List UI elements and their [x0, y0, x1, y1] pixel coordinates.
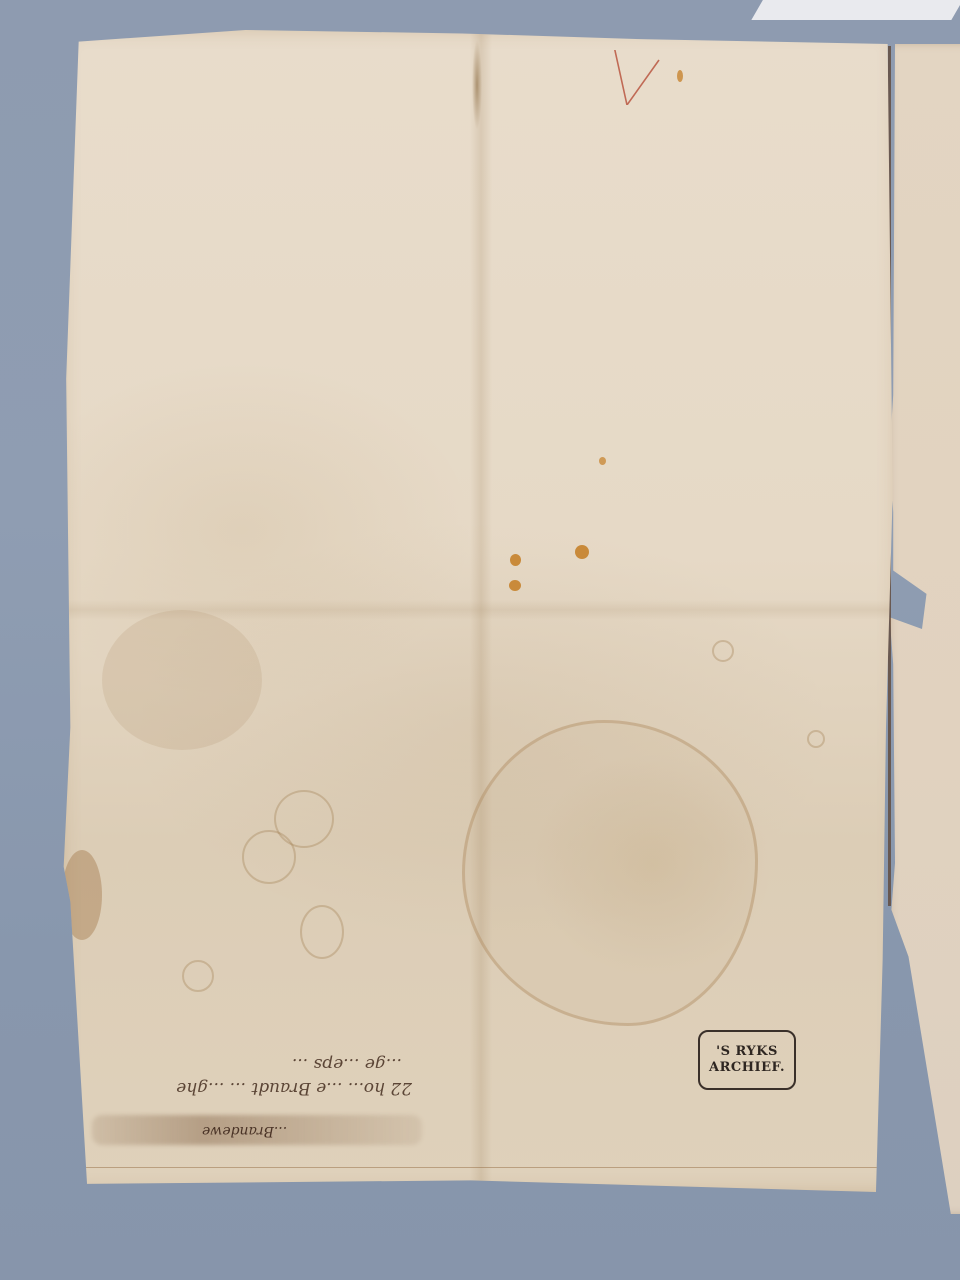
ink-drop	[677, 70, 683, 82]
stamp-line-1: 'S RYKS	[716, 1044, 778, 1060]
ink-drop	[509, 580, 521, 591]
handwritten-annotation: 22 ho... ...e Braudt ... ...ghe ...ge ..…	[92, 1030, 412, 1100]
water-ring	[182, 960, 214, 992]
discoloration	[62, 850, 102, 940]
folded-bottom-edge	[82, 1167, 882, 1194]
water-ring	[242, 830, 296, 884]
water-ring	[807, 730, 825, 748]
discoloration	[102, 610, 262, 750]
handwriting-line-1: 22 ho... ...e Braudt ... ...ghe	[176, 1078, 412, 1098]
white-sheet-corner	[751, 0, 960, 20]
large-water-stain	[462, 720, 758, 1026]
water-ring	[300, 905, 344, 959]
water-ring	[712, 640, 734, 662]
red-pencil-check-mark	[567, 50, 717, 105]
adjacent-torn-page	[886, 44, 960, 1214]
manuscript-page: 'S RYKS ARCHIEF. 22 ho... ...e Braudt ..…	[62, 30, 896, 1192]
handwriting-line-2: ...ge ...eps ...	[92, 1052, 412, 1076]
ink-drop	[575, 545, 589, 559]
ink-drop	[510, 554, 521, 566]
stamp-line-2: ARCHIEF.	[709, 1060, 785, 1076]
archive-stamp: 'S RYKS ARCHIEF.	[698, 1030, 796, 1090]
struck-handwriting: ...Brandewe	[202, 1123, 287, 1139]
ink-drop	[599, 457, 606, 465]
fold-stain-top	[472, 40, 482, 130]
